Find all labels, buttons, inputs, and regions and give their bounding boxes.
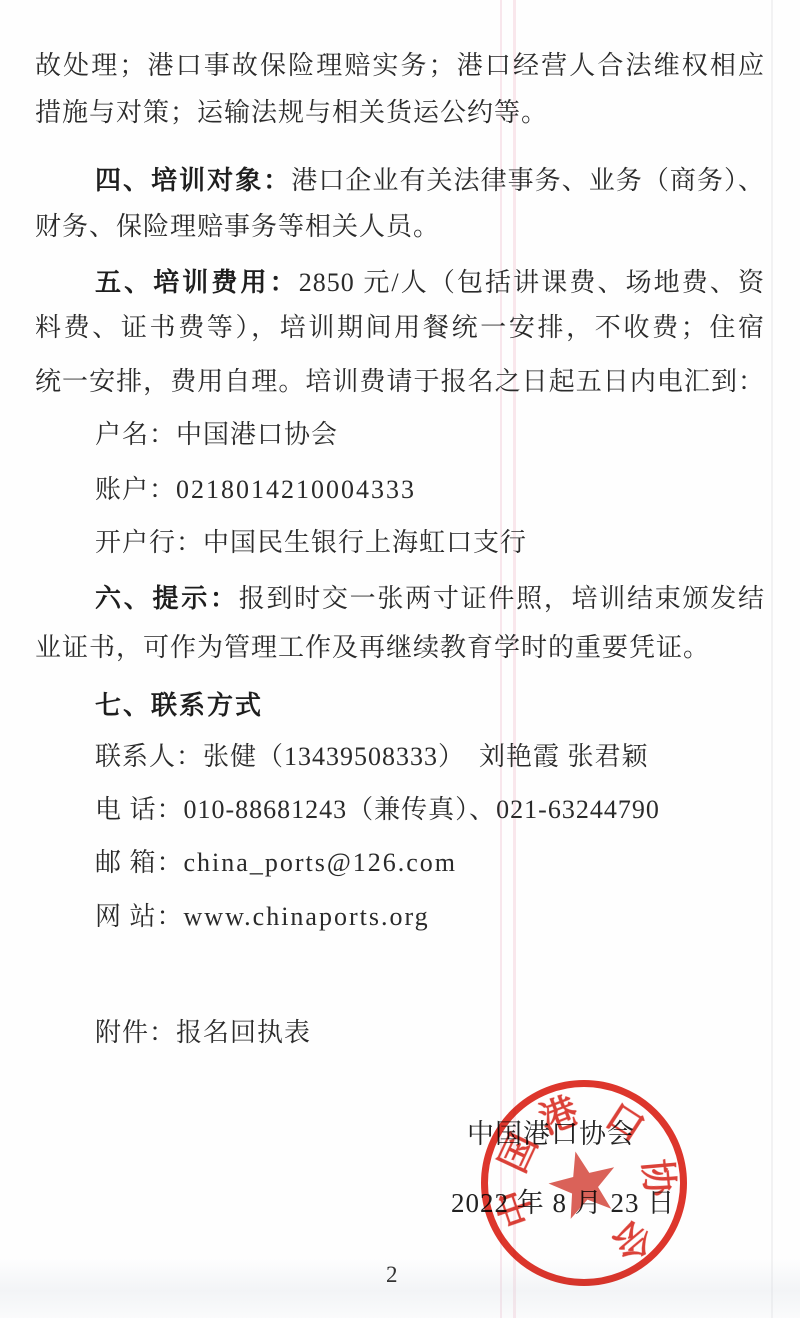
section-heading: 六、提示： <box>95 583 239 613</box>
document-line: 六、提示：报到时交一张两寸证件照，培训结束颁发结 <box>35 581 765 616</box>
document-line: 统一安排，费用自理。培训费请于报名之日起五日内电汇到： <box>35 365 765 399</box>
contact-names: 张健（13439508333） 刘艳霞 张君颖 <box>203 742 649 771</box>
section-heading: 四、培训对象： <box>95 165 291 195</box>
section-heading: 五、培训费用： <box>95 267 299 297</box>
document-line: 网 站：www.chinaports.org <box>35 900 765 934</box>
line-label: 户名： <box>95 420 176 449</box>
line-label: 电 话： <box>95 795 184 824</box>
section-heading: 七、联系方式 <box>95 690 263 720</box>
document-line: 故处理；港口事故保险理赔实务；港口经营人合法维权相应 <box>35 49 765 83</box>
line-text: 2850 元/人（包括讲课费、场地费、资 <box>299 268 765 297</box>
line-text: 措施与对策；运输法规与相关货运公约等。 <box>35 98 548 127</box>
account-number: 0218014210004333 <box>176 475 416 504</box>
document-line: 措施与对策；运输法规与相关货运公约等。 <box>35 96 765 130</box>
document-line: 五、培训费用：2850 元/人（包括讲课费、场地费、资 <box>35 265 765 300</box>
document-line: 账户：0218014210004333 <box>35 473 765 507</box>
line-text: 统一安排，费用自理。培训费请于报名之日起五日内电汇到： <box>35 367 765 396</box>
line-label: 开户行： <box>95 528 203 557</box>
document-line: 开户行：中国民生银行上海虹口支行 <box>35 526 765 560</box>
line-label: 附件： <box>95 1018 176 1047</box>
line-label: 联系人： <box>95 742 203 771</box>
line-text: 故处理；港口事故保险理赔实务；港口经营人合法维权相应 <box>35 51 765 80</box>
line-text: 财务、保险理赔事务等相关人员。 <box>35 212 440 241</box>
signature-organization: 中国港口协会 <box>467 1112 635 1151</box>
line-text: 业证书，可作为管理工作及再继续教育学时的重要凭证。 <box>35 633 710 662</box>
line-label: 网 站： <box>95 902 184 931</box>
scan-artifact-smudge <box>0 1258 800 1318</box>
line-text: 中国港口协会 <box>176 420 338 449</box>
document-line: 四、培训对象：港口企业有关法律事务、业务（商务）、 <box>35 163 765 198</box>
scanned-document-page: 故处理；港口事故保险理赔实务；港口经营人合法维权相应 措施与对策；运输法规与相关… <box>0 0 800 1318</box>
signature-date: 2022 年 8 月 23 日 <box>451 1181 675 1220</box>
document-line: 七、联系方式 <box>35 688 765 723</box>
attachment-name: 报名回执表 <box>176 1018 311 1047</box>
website-url: www.chinaports.org <box>184 902 430 931</box>
document-line: 户名：中国港口协会 <box>35 418 765 452</box>
line-label: 账户： <box>95 475 176 504</box>
document-line: 电 话：010-88681243（兼传真）、021-63244790 <box>35 793 765 827</box>
line-text: 港口企业有关法律事务、业务（商务）、 <box>291 166 765 195</box>
line-label: 邮 箱： <box>95 848 184 877</box>
line-text: 料费、证书费等），培训期间用餐统一安排，不收费；住宿 <box>35 313 765 342</box>
line-text: 中国民生银行上海虹口支行 <box>203 528 527 557</box>
scan-artifact-line <box>771 0 773 1318</box>
document-line: 联系人：张健（13439508333） 刘艳霞 张君颖 <box>35 740 765 774</box>
line-text: 报到时交一张两寸证件照，培训结束颁发结 <box>239 584 765 613</box>
phone-numbers: 010-88681243（兼传真）、021-63244790 <box>184 795 660 824</box>
document-line: 料费、证书费等），培训期间用餐统一安排，不收费；住宿 <box>35 311 765 345</box>
email-address: china_ports@126.com <box>184 848 458 877</box>
document-line: 财务、保险理赔事务等相关人员。 <box>35 210 765 244</box>
document-line: 业证书，可作为管理工作及再继续教育学时的重要凭证。 <box>35 631 765 665</box>
document-line: 邮 箱：china_ports@126.com <box>35 846 765 880</box>
document-line: 附件：报名回执表 <box>35 1016 765 1050</box>
page-number: 2 <box>386 1262 398 1288</box>
